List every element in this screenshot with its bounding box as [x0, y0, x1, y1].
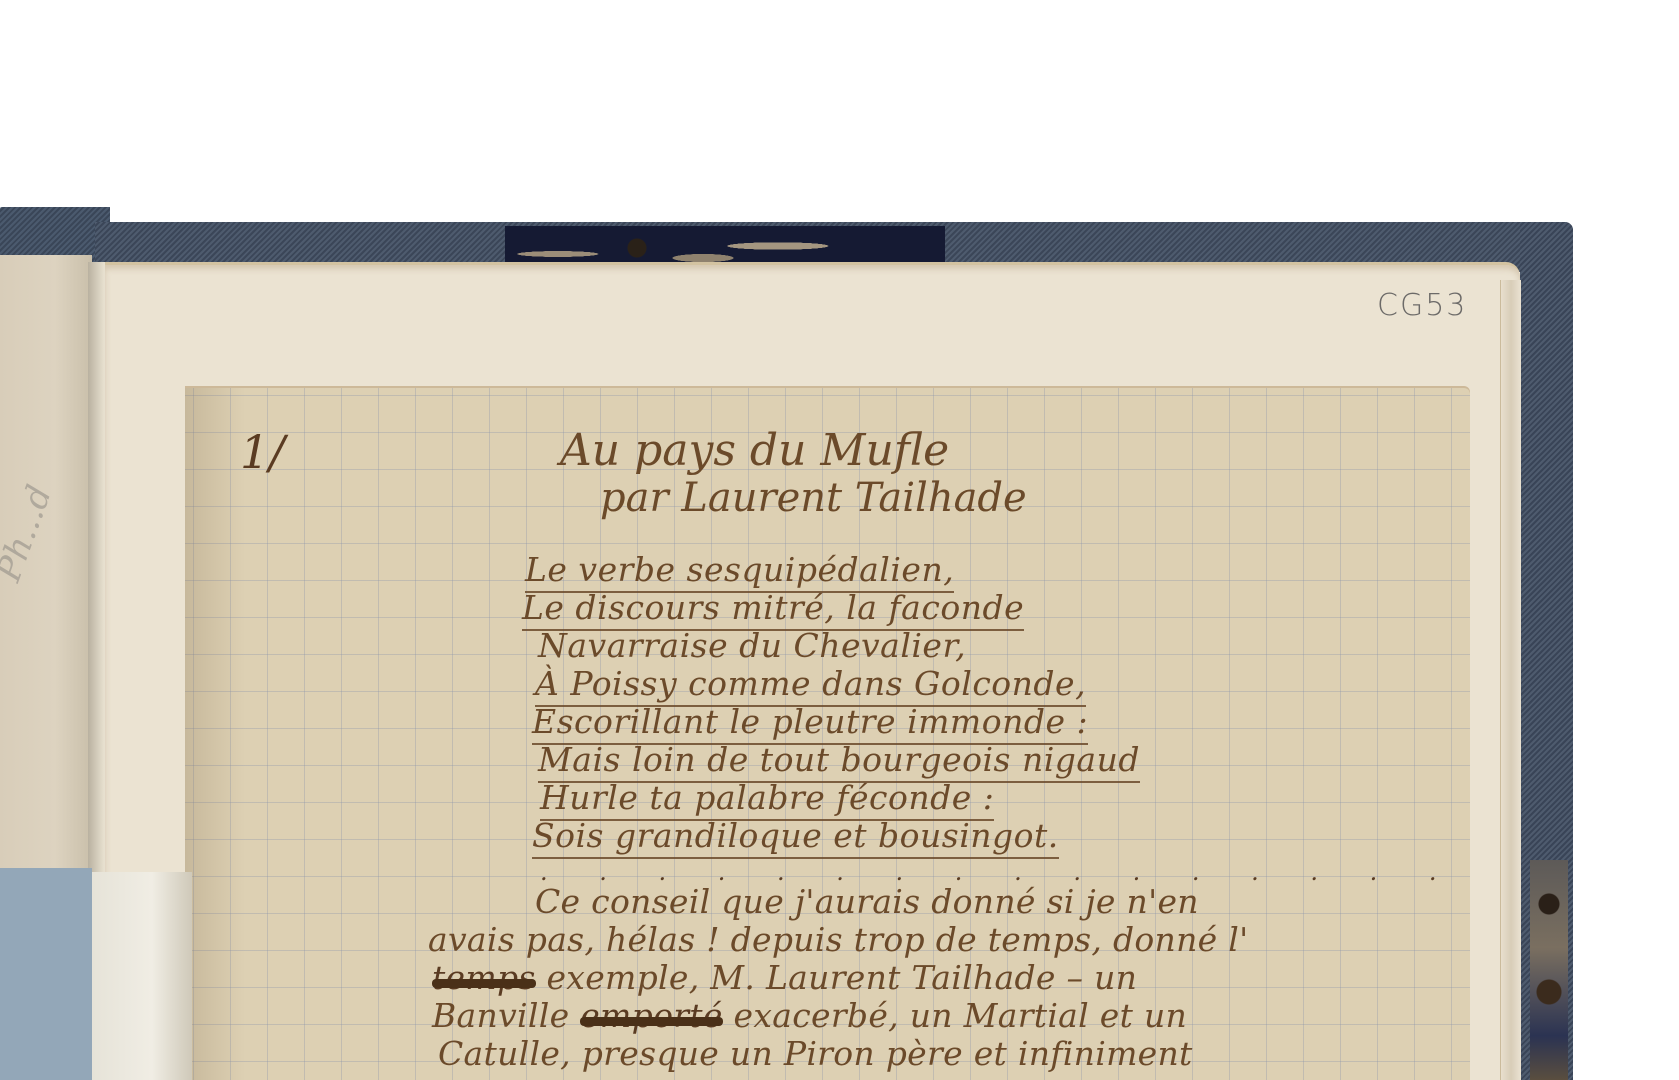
verse-line: Navarraise du Chevalier, — [538, 626, 966, 667]
verse-line: Hurle ta palabre féconde : — [540, 778, 994, 821]
verse-line: À Poissy comme dans Golconde, — [535, 664, 1086, 707]
sheet-shadow — [185, 388, 245, 1080]
page-number: 1/ — [240, 425, 285, 479]
struck-word: emporté — [580, 996, 722, 1035]
catalog-label: CG53 — [1377, 288, 1467, 323]
verse-line: Le verbe sesquipédalien, — [525, 550, 954, 593]
verse-line: Sois grandiloque et bousingot. — [532, 816, 1059, 859]
prose-line-3: temps exemple, M. Laurent Tailhade – un — [432, 958, 1137, 997]
verse-line: Escorillant le pleutre immonde : — [532, 702, 1088, 745]
manuscript-byline: par Laurent Tailhade — [600, 475, 1027, 521]
verse-line: Mais loin de tout bourgeois nigaud — [538, 740, 1140, 783]
verse-line: Le discours mitré, la faconde — [522, 588, 1024, 631]
prose-line-4: Banville emporté exacerbé, un Martial et… — [432, 996, 1187, 1035]
marbled-endpaper-top — [505, 226, 945, 266]
struck-word: temps — [432, 958, 536, 997]
blue-paper-slip — [0, 868, 92, 1080]
prose-line-2: avais pas, hélas ! depuis trop de temps,… — [428, 920, 1249, 959]
prose-line-1: Ce conseil que j'aurais donné si je n'en — [535, 882, 1199, 921]
prose-text: exemple, M. Laurent Tailhade – un — [546, 958, 1137, 997]
page-edges — [1500, 280, 1521, 1080]
prose-text: exacerbé, un Martial et un — [734, 996, 1188, 1035]
white-paper-slip — [92, 872, 192, 1080]
manuscript-title: Au pays du Mufle — [560, 425, 949, 476]
prose-line-5: Catulle, presque un Piron père et infini… — [438, 1034, 1193, 1073]
prose-text: Banville — [432, 996, 569, 1035]
marbled-endpaper-right — [1530, 860, 1568, 1080]
